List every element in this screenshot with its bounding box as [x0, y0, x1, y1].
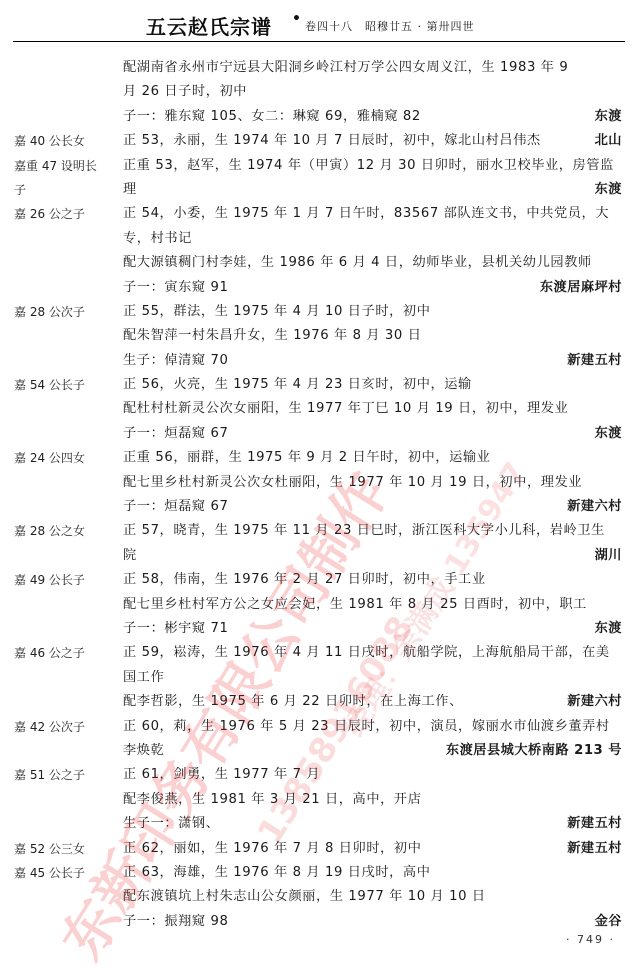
entry-line: 子一：振翔窥 98金谷	[0, 910, 635, 934]
entry-text: 正 53，永丽，生 1974 年 10 月 7 日辰时，初中，嫁北山村吕伟杰	[123, 129, 541, 153]
entry-line: 院湖川	[0, 544, 635, 568]
lineage-label: 嘉 26 公之子	[14, 202, 85, 226]
entry-text: 李焕乾	[123, 739, 164, 763]
entry-text: 正重 53，赵军，生 1974 年（甲寅）12 月 30 日卯时，丽水卫校毕业，…	[123, 154, 614, 178]
lineage-label: 嘉重 47 设明长	[14, 154, 97, 178]
residence-place: 北山	[595, 129, 622, 153]
entry-text: 配大源镇稠门村李娃，生 1986 年 6 月 4 日，幼师毕业，县机关幼儿园教师	[123, 251, 592, 275]
residence-place: 东渡	[595, 617, 622, 641]
entry-line: 嘉 49 公长子正 58，伟南，生 1976 年 2 月 27 日卯时，初中，手…	[0, 568, 635, 592]
entry-text: 生子一：潇钢、	[123, 812, 220, 836]
entry-text: 配朱智萍一村朱昌升女，生 1976 年 8 月 30 日	[123, 324, 422, 348]
entry-text: 生子：倬清窥 70	[123, 349, 229, 373]
header-divider	[13, 41, 625, 42]
entry-line: 嘉 54 公长子正 56，火亮，生 1975 年 4 月 23 日亥时，初中，运…	[0, 373, 635, 397]
entry-line: 嘉 26 公之子正 54，小委，生 1975 年 1 月 7 日午时，83567…	[0, 202, 635, 226]
entry-line: 子一：彬宇窥 71东渡	[0, 617, 635, 641]
lineage-label: 嘉 51 公之子	[14, 763, 85, 787]
entry-line: 国工作	[0, 666, 635, 690]
entry-text: 子一：烜磊窥 67	[123, 422, 229, 446]
entry-text: 理	[123, 178, 137, 202]
entry-text: 配李哲影，生 1975 年 6 月 22 日卯时，在上海工作、	[123, 690, 463, 714]
entry-line: 配东渡镇坑上村朱志山公女颜丽，生 1977 年 10 月 10 日	[0, 885, 635, 909]
entry-text: 正重 56，丽群，生 1975 年 9 月 2 日午时，初中，运输业	[123, 446, 490, 470]
entry-line: 嘉 46 公之子正 59，崧涛，生 1976 年 4 月 11 日戌时，航船学院…	[0, 641, 635, 665]
residence-place: 新建五村	[567, 812, 622, 836]
entry-text: 子一：雅东窥 105、女二：琳窥 69，雅楠窥 82	[123, 105, 421, 129]
entry-text: 配杜村杜新灵公次女丽阳，生 1977 年丁巳 10 月 19 日，初中，理发业	[123, 397, 568, 421]
lineage-label: 嘉 28 公次子	[14, 300, 85, 324]
entry-line: 子理东渡	[0, 178, 635, 202]
lineage-label: 嘉 54 公长子	[14, 373, 85, 397]
entry-text: 月 26 日子时，初中	[123, 80, 247, 104]
genealogy-entries: 配湖南省永州市宁远县大阳洞乡岭江村万学公四女周义江，生 1983 年 9 月 2…	[0, 56, 635, 934]
residence-place: 东渡居麻坪村	[540, 276, 622, 300]
title-separator-dot: •	[292, 11, 301, 27]
entry-line: 子一：烜磊窥 67新建六村	[0, 495, 635, 519]
entry-text: 专，村书记	[123, 227, 192, 251]
entry-text: 正 61，剑勇，生 1977 年 7 月	[123, 763, 320, 787]
entry-text: 配七里乡杜村新灵公次女杜丽阳，生 1977 年 10 月 19 日，初中，理发业	[123, 471, 582, 495]
lineage-label: 嘉 28 公之女	[14, 519, 85, 543]
entry-text: 配李俊燕，生 1981 年 3 月 21 日，高中，开店	[123, 788, 422, 812]
entry-line: 配杜村杜新灵公次女丽阳，生 1977 年丁巳 10 月 19 日，初中，理发业	[0, 397, 635, 421]
entry-text: 正 58，伟南，生 1976 年 2 月 27 日卯时，初中，手工业	[123, 568, 486, 592]
lineage-label: 嘉 52 公三女	[14, 837, 85, 861]
entry-text: 正 55，群法，生 1975 年 4 月 10 日子时，初中	[123, 300, 430, 324]
entry-line: 生子一：潇钢、新建五村	[0, 812, 635, 836]
page-header: 五云赵氏宗谱 • 卷四十八 昭穆廿五 · 第卅四世	[0, 0, 635, 44]
residence-place: 东渡	[595, 422, 622, 446]
entry-line: 嘉 42 公次子正 60，莉，生 1976 年 5 月 23 日辰时，初中，演员…	[0, 715, 635, 739]
entry-text: 子一：寅东窥 91	[123, 276, 229, 300]
residence-place: 新建六村	[567, 690, 622, 714]
entry-line: 嘉 24 公四女正重 56，丽群，生 1975 年 9 月 2 日午时，初中，运…	[0, 446, 635, 470]
entry-text: 院	[123, 544, 137, 568]
lineage-label: 嘉 46 公之子	[14, 641, 85, 665]
page-number: · 749 ·	[566, 933, 615, 946]
residence-place: 新建五村	[567, 837, 622, 861]
entry-line: 子一：烜磊窥 67东渡	[0, 422, 635, 446]
entry-line: 李焕乾东渡居县城大桥南路 213 号	[0, 739, 635, 763]
entry-text: 正 63，海雄，生 1976 年 8 月 19 日戌时，高中	[123, 861, 430, 885]
lineage-label: 嘉 42 公次子	[14, 715, 85, 739]
entry-line: 嘉 28 公次子正 55，群法，生 1975 年 4 月 10 日子时，初中	[0, 300, 635, 324]
entry-line: 子一：雅东窥 105、女二：琳窥 69，雅楠窥 82东渡	[0, 105, 635, 129]
entry-line: 月 26 日子时，初中	[0, 80, 635, 104]
book-title: 五云赵氏宗谱	[146, 11, 272, 40]
entry-line: 专，村书记	[0, 227, 635, 251]
residence-place: 东渡居县城大桥南路 213 号	[446, 739, 622, 763]
entry-text: 正 56，火亮，生 1975 年 4 月 23 日亥时，初中，运输	[123, 373, 472, 397]
entry-text: 子一：烜磊窥 67	[123, 495, 229, 519]
lineage-label: 嘉 49 公长子	[14, 568, 85, 592]
entry-line: 配七里乡杜村军方公之女应会妃，生 1981 年 8 月 25 日酉时，初中，职工	[0, 593, 635, 617]
entry-text: 正 60，莉，生 1976 年 5 月 23 日辰时，初中，演员，嫁丽水市仙渡乡…	[123, 715, 610, 739]
residence-place: 新建六村	[567, 495, 622, 519]
entry-line: 嘉 40 公长女正 53，永丽，生 1974 年 10 月 7 日辰时，初中，嫁…	[0, 129, 635, 153]
entry-line: 嘉 45 公长子正 63，海雄，生 1976 年 8 月 19 日戌时，高中	[0, 861, 635, 885]
entry-line: 嘉重 47 设明长正重 53，赵军，生 1974 年（甲寅）12 月 30 日卯…	[0, 154, 635, 178]
lineage-label: 嘉 45 公长子	[14, 861, 85, 885]
lineage-label: 嘉 24 公四女	[14, 446, 85, 470]
entry-line: 配朱智萍一村朱昌升女，生 1976 年 8 月 30 日	[0, 324, 635, 348]
entry-line: 嘉 28 公之女正 57，晓青，生 1975 年 11 月 23 日巳时，浙江医…	[0, 519, 635, 543]
entry-line: 嘉 51 公之子正 61，剑勇，生 1977 年 7 月	[0, 763, 635, 787]
entry-line: 配湖南省永州市宁远县大阳洞乡岭江村万学公四女周义江，生 1983 年 9	[0, 56, 635, 80]
entry-text: 子一：彬宇窥 71	[123, 617, 229, 641]
residence-place: 东渡	[595, 178, 622, 202]
entry-line: 配李哲影，生 1975 年 6 月 22 日卯时，在上海工作、新建六村	[0, 690, 635, 714]
entry-line: 子一：寅东窥 91东渡居麻坪村	[0, 276, 635, 300]
entry-line: 配七里乡杜村新灵公次女杜丽阳，生 1977 年 10 月 19 日，初中，理发业	[0, 471, 635, 495]
entry-line: 生子：倬清窥 70新建五村	[0, 349, 635, 373]
entry-text: 正 57，晓青，生 1975 年 11 月 23 日巳时，浙江医科大学小儿科，岩…	[123, 519, 605, 543]
entry-line: 配大源镇稠门村李娃，生 1986 年 6 月 4 日，幼师毕业，县机关幼儿园教师	[0, 251, 635, 275]
entry-text: 子一：振翔窥 98	[123, 910, 229, 934]
volume-subtitle: 卷四十八 昭穆廿五 · 第卅四世	[305, 18, 475, 34]
lineage-label: 嘉 40 公长女	[14, 129, 85, 153]
lineage-label: 子	[14, 178, 26, 202]
entry-text: 正 54，小委，生 1975 年 1 月 7 日午时，83567 部队连文书，中…	[123, 202, 609, 226]
entry-text: 配东渡镇坑上村朱志山公女颜丽，生 1977 年 10 月 10 日	[123, 885, 486, 909]
residence-place: 新建五村	[567, 349, 622, 373]
residence-place: 湖川	[595, 544, 622, 568]
entry-text: 正 59，崧涛，生 1976 年 4 月 11 日戌时，航船学院，上海航船局干部…	[123, 641, 610, 665]
entry-line: 嘉 52 公三女正 62，丽如，生 1976 年 7 月 8 日卯时，初中新建五…	[0, 837, 635, 861]
residence-place: 金谷	[595, 910, 622, 934]
entry-text: 配湖南省永州市宁远县大阳洞乡岭江村万学公四女周义江，生 1983 年 9	[123, 56, 568, 80]
entry-text: 国工作	[123, 666, 164, 690]
entry-text: 正 62，丽如，生 1976 年 7 月 8 日卯时，初中	[123, 837, 422, 861]
residence-place: 东渡	[595, 105, 622, 129]
entry-line: 配李俊燕，生 1981 年 3 月 21 日，高中，开店	[0, 788, 635, 812]
entry-text: 配七里乡杜村军方公之女应会妃，生 1981 年 8 月 25 日酉时，初中，职工	[123, 593, 587, 617]
